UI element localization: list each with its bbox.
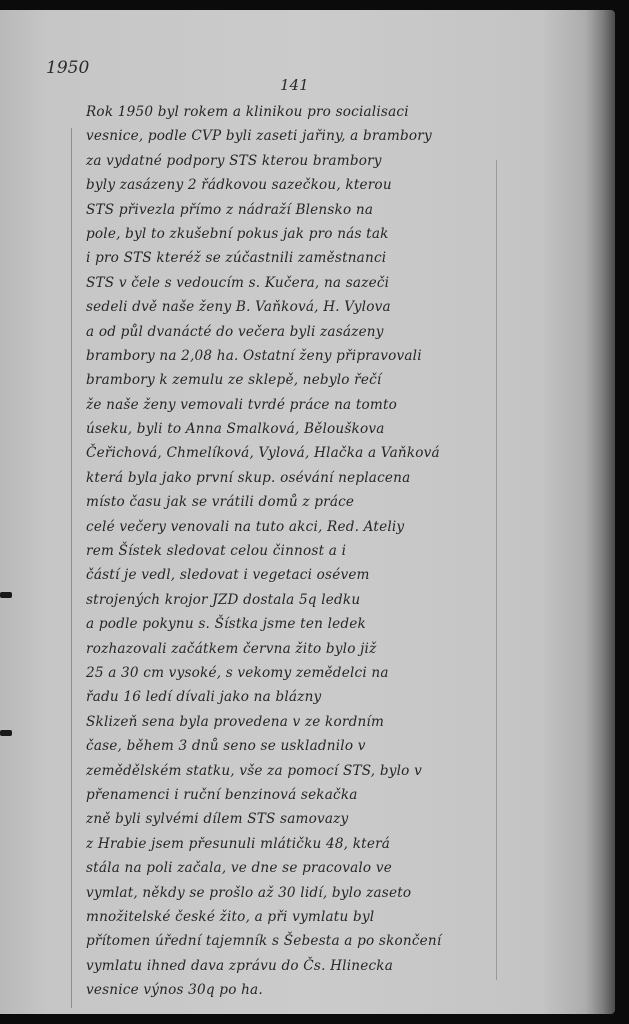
text-line: stála na poli začala, ve dne se pracoval… xyxy=(86,856,526,880)
text-line: strojených krojor JZD dostala 5q ledku xyxy=(86,588,526,612)
text-line: vymlat, někdy se prošlo až 30 lidí, bylo… xyxy=(86,881,526,905)
text-line: vesnice, podle CVP byli zaseti jařiny, a… xyxy=(86,124,526,148)
text-line: rozhazovali začátkem června žito bylo ji… xyxy=(86,637,526,661)
year-marker: 1950 xyxy=(46,58,89,78)
text-line: že naše ženy vemovali tvrdé práce na tom… xyxy=(86,393,526,417)
binding-hole-mark xyxy=(0,592,12,598)
text-line: Rok 1950 byl rokem a klinikou pro social… xyxy=(86,100,526,124)
text-line: Čeřichová, Chmelíková, Vylová, Hlačka a … xyxy=(86,441,526,465)
text-line: a od půl dvanácté do večera byli zasázen… xyxy=(86,320,526,344)
scanned-page: 1950 141 Rok 1950 byl rokem a klinikou p… xyxy=(0,10,615,1014)
text-line: z Hrabie jsem přesunuli mlátičku 48, kte… xyxy=(86,832,526,856)
text-line: zemědělském statku, vše za pomocí STS, b… xyxy=(86,759,526,783)
binding-hole-mark xyxy=(0,730,12,736)
text-line: čase, během 3 dnů seno se uskladnilo v xyxy=(86,734,526,758)
text-line: brambory na 2,08 ha. Ostatní ženy připra… xyxy=(86,344,526,368)
text-line: množitelské české žito, a při vymlatu by… xyxy=(86,905,526,929)
handwritten-text-block: Rok 1950 byl rokem a klinikou pro social… xyxy=(86,100,526,1002)
text-line: přenamenci i ruční benzinová sekačka xyxy=(86,783,526,807)
text-line: STS v čele s vedoucím s. Kučera, na saze… xyxy=(86,271,526,295)
text-line: za vydatné podpory STS kterou brambory xyxy=(86,149,526,173)
text-line: sedeli dvě naše ženy B. Vaňková, H. Vylo… xyxy=(86,295,526,319)
text-line: přítomen úřední tajemník s Šebesta a po … xyxy=(86,929,526,953)
text-line: vymlatu ihned dava zprávu do Čs. Hlineck… xyxy=(86,954,526,978)
text-line: celé večery venovali na tuto akci, Red. … xyxy=(86,515,526,539)
text-line: i pro STS kteréž se zúčastnili zaměstnan… xyxy=(86,246,526,270)
text-line: brambory k zemulu ze sklepě, nebylo řečí xyxy=(86,368,526,392)
text-line: pole, byl to zkušební pokus jak pro nás … xyxy=(86,222,526,246)
page-number: 141 xyxy=(280,76,309,94)
text-line: vesnice výnos 30q po ha. xyxy=(86,978,526,1002)
text-line: 25 a 30 cm vysoké, s vekomy zemědelci na xyxy=(86,661,526,685)
text-line: STS přivezla přímo z nádraží Blensko na xyxy=(86,198,526,222)
text-line: zně byli sylvémi dílem STS samovazy xyxy=(86,807,526,831)
text-line: místo času jak se vrátili domů z práce xyxy=(86,490,526,514)
scan-border xyxy=(0,1014,629,1024)
text-line: řadu 16 ledí dívali jako na blázny xyxy=(86,685,526,709)
text-line: úseku, byli to Anna Smalková, Bělouškova xyxy=(86,417,526,441)
text-line: a podle pokynu s. Šístka jsme ten ledek xyxy=(86,612,526,636)
text-line: Sklizeň sena byla provedena v ze kordním xyxy=(86,710,526,734)
text-line: která byla jako první skup. osévání nepl… xyxy=(86,466,526,490)
text-line: částí je vedl, sledovat i vegetaci oséve… xyxy=(86,563,526,587)
left-margin-line xyxy=(71,128,72,1008)
page-edge-shadow xyxy=(585,10,615,1014)
text-line: byly zasázeny 2 řádkovou sazečkou, ktero… xyxy=(86,173,526,197)
text-line: rem Šístek sledovat celou činnost a i xyxy=(86,539,526,563)
